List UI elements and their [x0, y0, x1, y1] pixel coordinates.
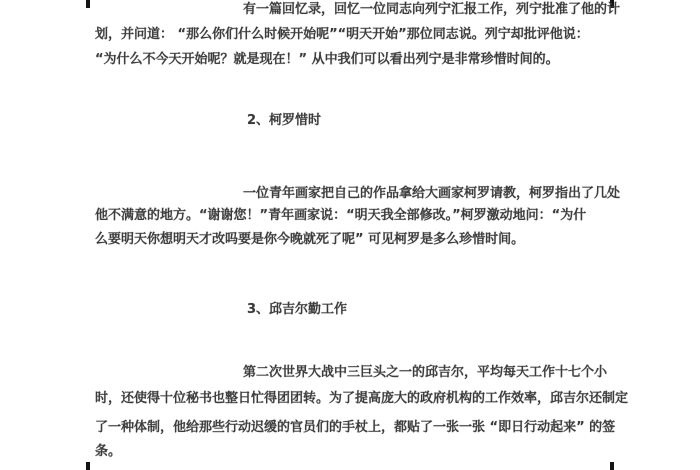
paragraph2-line2: 他不满意的地方。“谢谢您！”青年画家说：“明天我全部修改。”柯罗激动地问：“为什 [95, 209, 586, 223]
paragraph3-line2: 时，还使得十位秘书也整日忙得团团转。为了提高庞大的政府机构的工作效率，邱吉尔还制… [95, 392, 628, 406]
paragraph1-line3: “为什么不今天开始呢？就是现在！” 从中我们可以看出列宁是非常珍惜时间的。 [95, 53, 559, 67]
paragraph3-line1: 第二次世界大战中三巨头之一的邱吉尔，平均每天工作十七个小 [243, 366, 607, 380]
scan-artifact-top-left-icon [86, 0, 90, 8]
paragraph2-line3: 么要明天你想明天才改吗要是你今晚就死了呢” 可见柯罗是多么珍惜时间。 [95, 233, 524, 247]
section-heading-3: 3、邱吉尔勤工作 [247, 303, 347, 317]
section-heading-2: 2、柯罗惜时 [247, 114, 321, 128]
paragraph3-line3: 了一种体制，他给那些行动迟缓的官员们的手杖上，都贴了一张一张 “即日行动起来” … [95, 421, 615, 435]
scanned-document-page: 有一篇回忆录，回忆一位同志向列宁汇报工作，列宁批准了他的计 划，并问道： “那么… [0, 0, 700, 470]
paragraph2-line1: 一位青年画家把自己的作品拿给大画家柯罗请教，柯罗指出了几处 [243, 187, 620, 201]
scan-artifact-bottom-right-icon [610, 462, 614, 470]
paragraph3-line4: 条。 [95, 445, 121, 459]
paragraph1-line1: 有一篇回忆录，回忆一位同志向列宁汇报工作，列宁批准了他的计 [243, 3, 620, 17]
paragraph1-line2: 划，并问道： “那么你们什么时候开始呢”“明天开始”那位同志说。列宁却批评他说： [95, 28, 589, 42]
scan-artifact-bottom-left-icon [86, 462, 90, 470]
